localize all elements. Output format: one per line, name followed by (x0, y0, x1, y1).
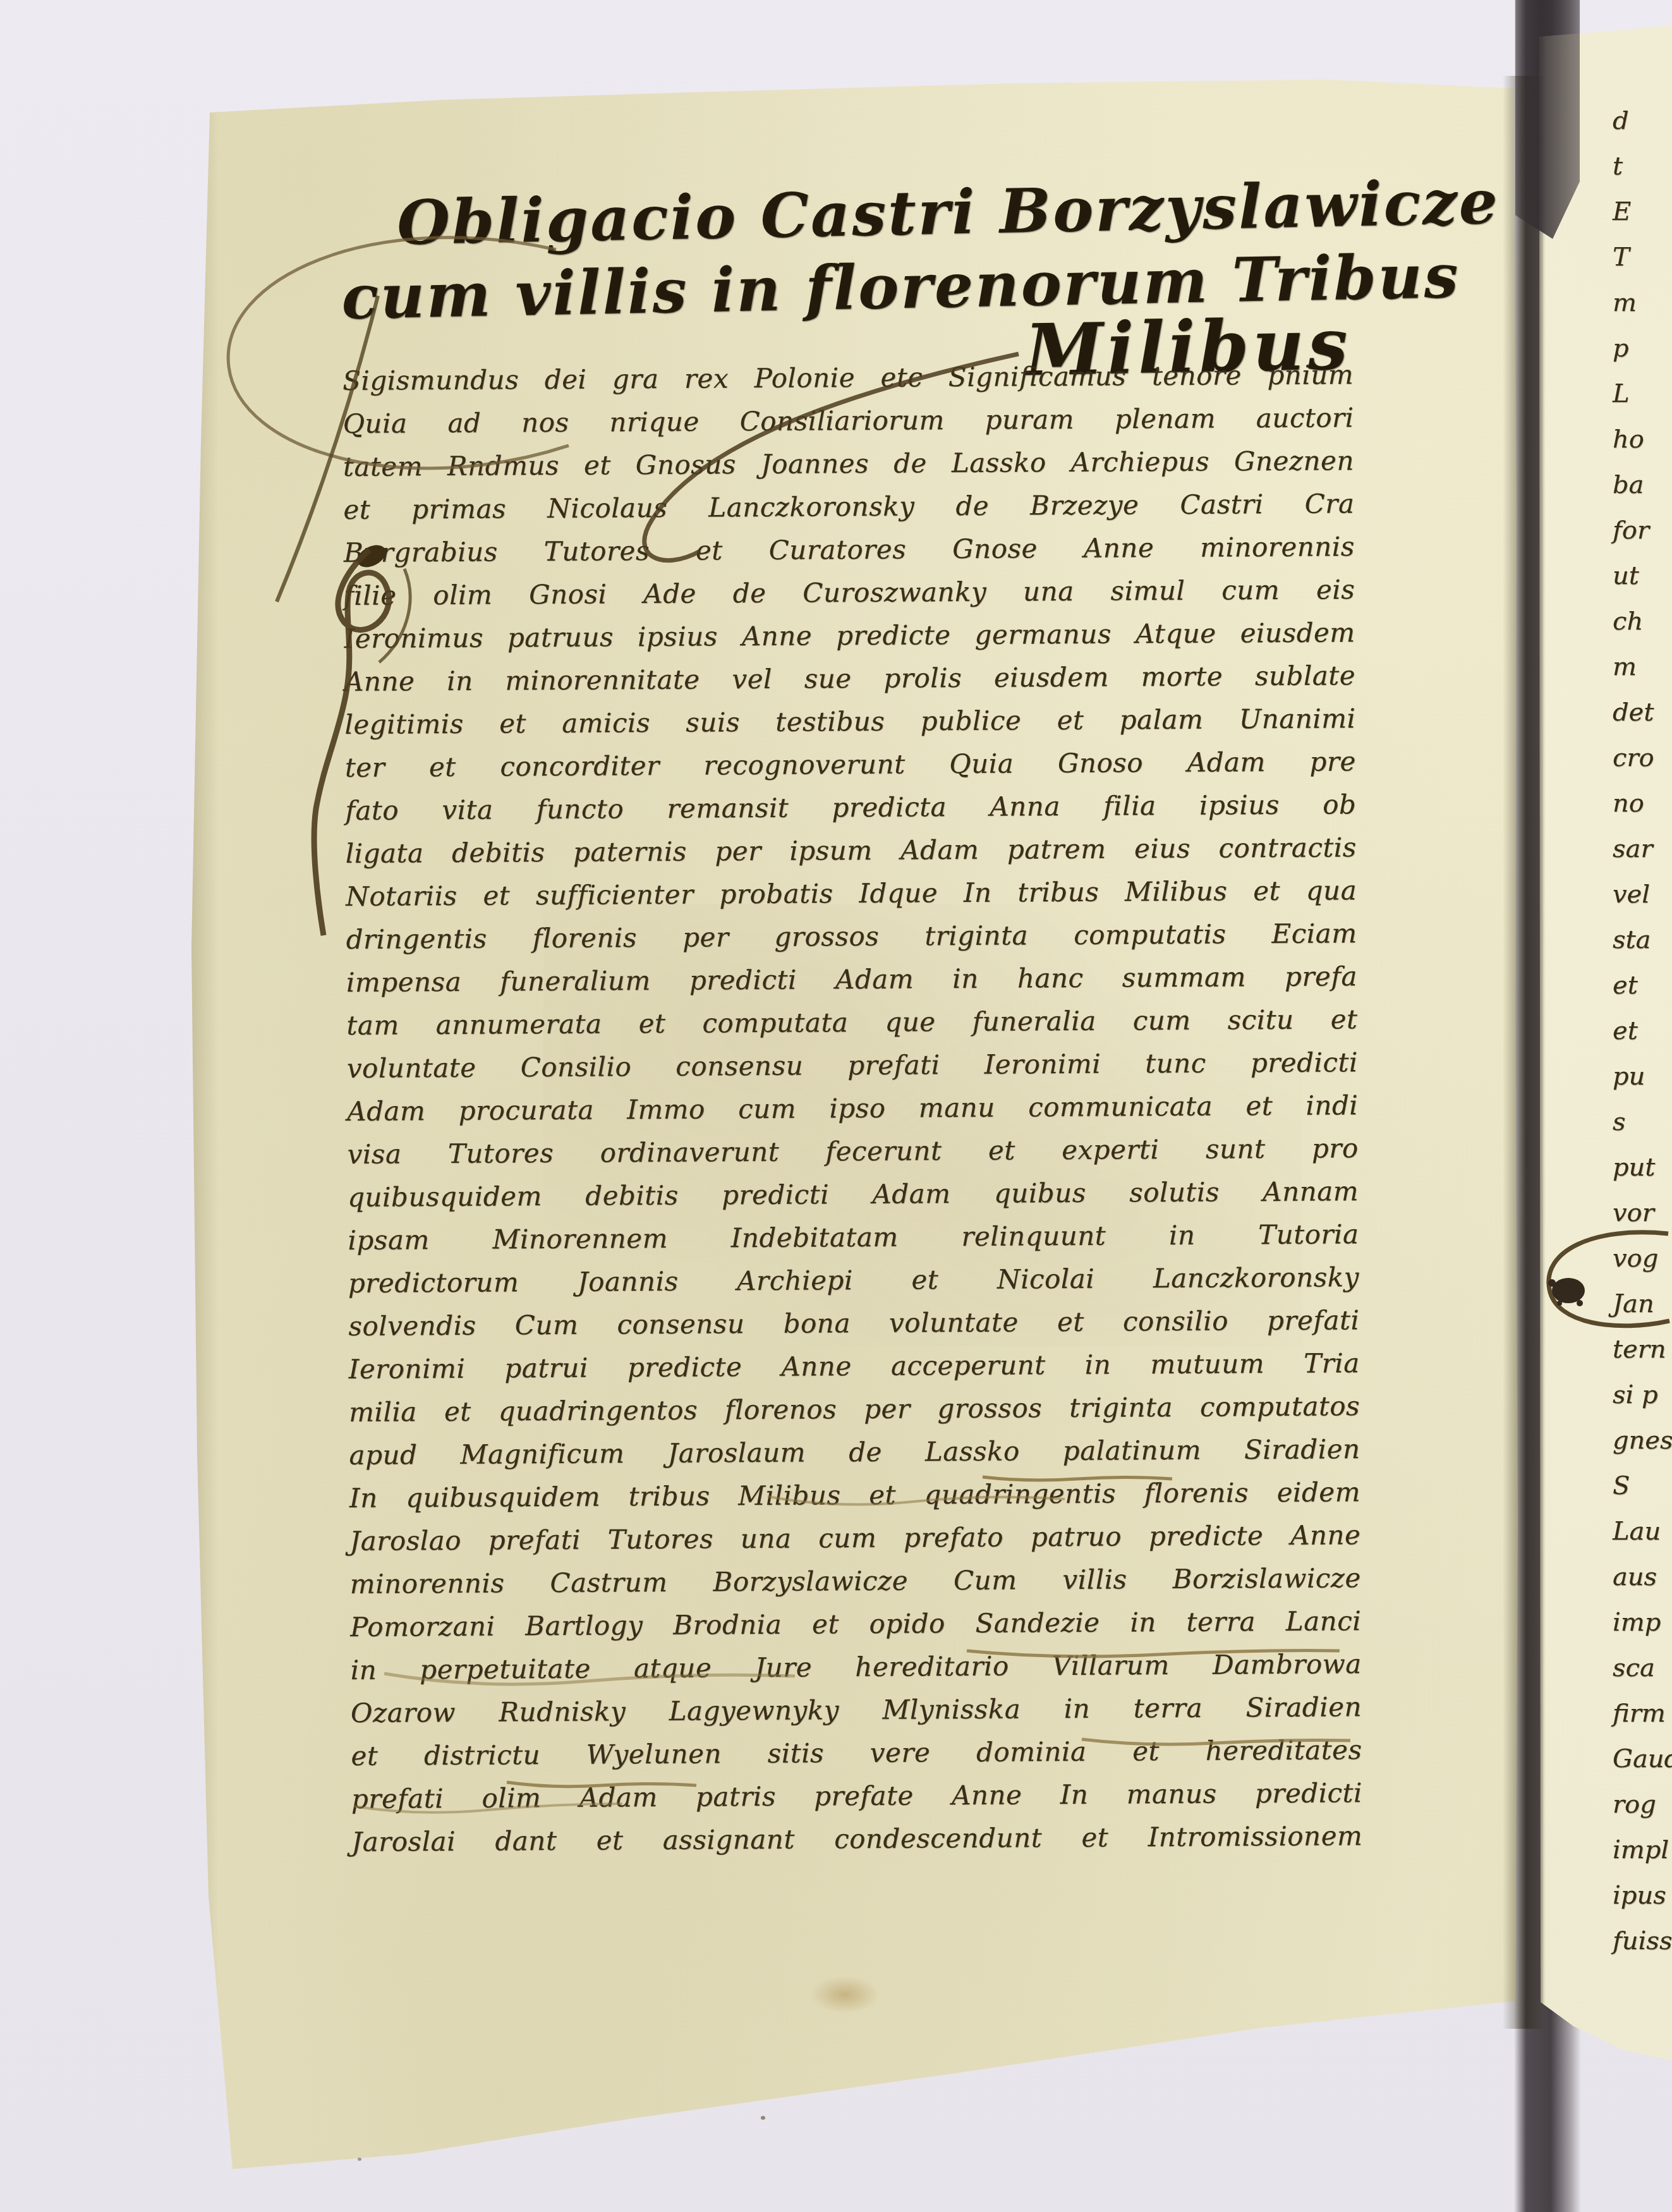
fragment-text-line: no (1613, 789, 1644, 818)
fragment-text-line: pu (1613, 1062, 1645, 1091)
fragment-text-line: d (1613, 106, 1629, 135)
scanned-manuscript-image: Obligacio Castri Borzyslawicze cum villi… (0, 0, 1672, 2212)
manuscript-text-line: ligata debitis paternis per ipsum Adam p… (346, 832, 1357, 880)
manuscript-text-line: visa Tutores ordinaverunt fecerunt et ex… (347, 1133, 1358, 1181)
manuscript-text-line: minorennis Castrum Borzyslawicze Cum vil… (350, 1562, 1361, 1610)
fragment-text-line: impl (1613, 1835, 1669, 1864)
fragment-text-line: si p (1613, 1380, 1658, 1409)
page-gutter-shadow (1503, 76, 1543, 2029)
fragment-text-line: ho (1613, 425, 1644, 454)
fragment-text-line: S (1613, 1471, 1630, 1500)
manuscript-text-line: Jaroslao prefati Tutores una cum prefato… (349, 1519, 1360, 1567)
fragment-text-line: for (1613, 516, 1649, 545)
fragment-text-line: ch (1613, 607, 1643, 636)
fragment-text-line: T (1613, 243, 1630, 272)
manuscript-text-line: apud Magnificum Jaroslaum de Lassko pala… (349, 1433, 1360, 1481)
fragment-text-line: gnes (1613, 1426, 1672, 1455)
manuscript-text-line: et primas Nicolaus Lanczkoronsky de Brze… (343, 488, 1354, 536)
fragment-text-line: L (1613, 379, 1630, 408)
fragment-text-line: sar (1613, 834, 1653, 863)
fragment-text-line: sta (1613, 925, 1651, 954)
manuscript-text-line: quibusquidem debitis predicti Adam quibu… (348, 1176, 1359, 1224)
fragment-text-line: t (1613, 152, 1623, 181)
ink-speck (761, 2116, 765, 2120)
manuscript-text-line: et districtu Wyelunen sitis vere dominia… (351, 1734, 1362, 1782)
manuscript-text-line: Pomorzani Bartlogy Brodnia et opido Sand… (350, 1605, 1361, 1653)
manuscript-text-line: predictorum Joannis Archiepi et Nicolai … (348, 1261, 1359, 1310)
manuscript-text-line: solvendis Cum consensu bona voluntate et… (348, 1304, 1359, 1352)
ink-speck (358, 2158, 361, 2161)
fragment-text-line: firm (1613, 1699, 1666, 1728)
fragment-text-line: Lau (1613, 1517, 1661, 1546)
manuscript-text-line: Notariis et sufficienter probatis Idque … (346, 875, 1357, 923)
manuscript-text-line: ipsam Minorennem Indebitatam relinquunt … (348, 1218, 1359, 1267)
manuscript-text-line: voluntate Consilio consensu prefati Iero… (347, 1047, 1358, 1095)
fragment-text-line: s (1613, 1107, 1626, 1136)
manuscript-text-line: ter et concorditer recognoverunt Quia Gn… (345, 746, 1356, 794)
manuscript-text-line: In quibusquidem tribus Milibus et quadri… (349, 1476, 1360, 1524)
fragment-text-line: Jan (1613, 1289, 1654, 1318)
manuscript-text-line: legitimis et amicis suis testibus public… (344, 703, 1355, 751)
manuscript-text-line: tatem Rndmus et Gnosus Joannes de Lassko… (343, 445, 1354, 493)
manuscript-text-line: prefati olim Adam patris prefate Anne In… (351, 1777, 1362, 1825)
fragment-text-line: rog (1613, 1790, 1656, 1819)
body-text-block: Sigismundus dei gra rex Polonie etc Sign… (342, 359, 1363, 1914)
manuscript-text-line: Jaroslai dant et assignant condescendunt… (351, 1820, 1362, 1868)
manuscript-text-line: Quia ad nos nrique Consiliariorum puram … (342, 402, 1354, 450)
fragment-text-line: ipus (1613, 1881, 1666, 1910)
parchment-stain (810, 1976, 880, 2014)
fragment-text-line: E (1613, 197, 1631, 226)
fragment-text-line: p (1613, 334, 1629, 363)
manuscript-text-line: in perpetuitate atque Jure hereditario V… (350, 1648, 1361, 1696)
fragment-text-line: fuiss (1613, 1926, 1672, 1955)
fragment-text-line: vel (1613, 880, 1650, 909)
fragment-text-line: aus (1613, 1562, 1657, 1591)
fragment-text-line: ba (1613, 470, 1644, 499)
manuscript-text-line: impensa funeralium predicti Adam in hanc… (346, 961, 1357, 1009)
manuscript-text-line: Ieronimi patrui predicte Anne acceperunt… (349, 1347, 1360, 1395)
fragment-text-line: et (1613, 971, 1638, 1000)
fragment-text-line: m (1613, 288, 1637, 317)
fragment-text-line: vog (1613, 1244, 1658, 1273)
manuscript-text-line: fato vita functo remansit predicta Anna … (345, 789, 1356, 837)
manuscript-text-line: milia et quadringentos florenos per gros… (349, 1390, 1360, 1438)
manuscript-text-line: Burgrabius Tutores et Curatores Gnose An… (344, 531, 1355, 579)
manuscript-text-line: Sigismundus dei gra rex Polonie etc Sign… (342, 359, 1354, 407)
fragment-text-line: cro (1613, 743, 1654, 772)
fragment-text-line: tern (1613, 1335, 1666, 1364)
fragment-text-line: det (1613, 698, 1654, 727)
fragment-text-line: m (1613, 652, 1637, 681)
manuscript-text-line: filie olim Gnosi Ade de Curoszwanky una … (344, 574, 1355, 622)
fragment-text-line: et (1613, 1016, 1638, 1045)
manuscript-text-line: Ieronimus patruus ipsius Anne predicte g… (344, 617, 1355, 665)
manuscript-text-line: tam annumerata et computata que funerali… (346, 1004, 1357, 1052)
fragment-text-line: vor (1613, 1198, 1654, 1227)
fragment-text-line: ut (1613, 561, 1639, 590)
manuscript-text-line: dringentis florenis per grossos triginta… (346, 918, 1357, 966)
manuscript-text-line: Adam procurata Immo cum ipso manu commun… (347, 1090, 1358, 1138)
manuscript-text-line: Anne in minorennitate vel sue prolis eiu… (344, 660, 1355, 708)
fragment-text-line: sca (1613, 1653, 1655, 1682)
manuscript-text-line: Ozarow Rudnisky Lagyewnyky Mlynisska in … (351, 1691, 1362, 1739)
fragment-text-line: put (1613, 1153, 1655, 1182)
fragment-text-line: imp (1613, 1608, 1661, 1637)
fragment-text-line: Gaud (1613, 1744, 1672, 1773)
